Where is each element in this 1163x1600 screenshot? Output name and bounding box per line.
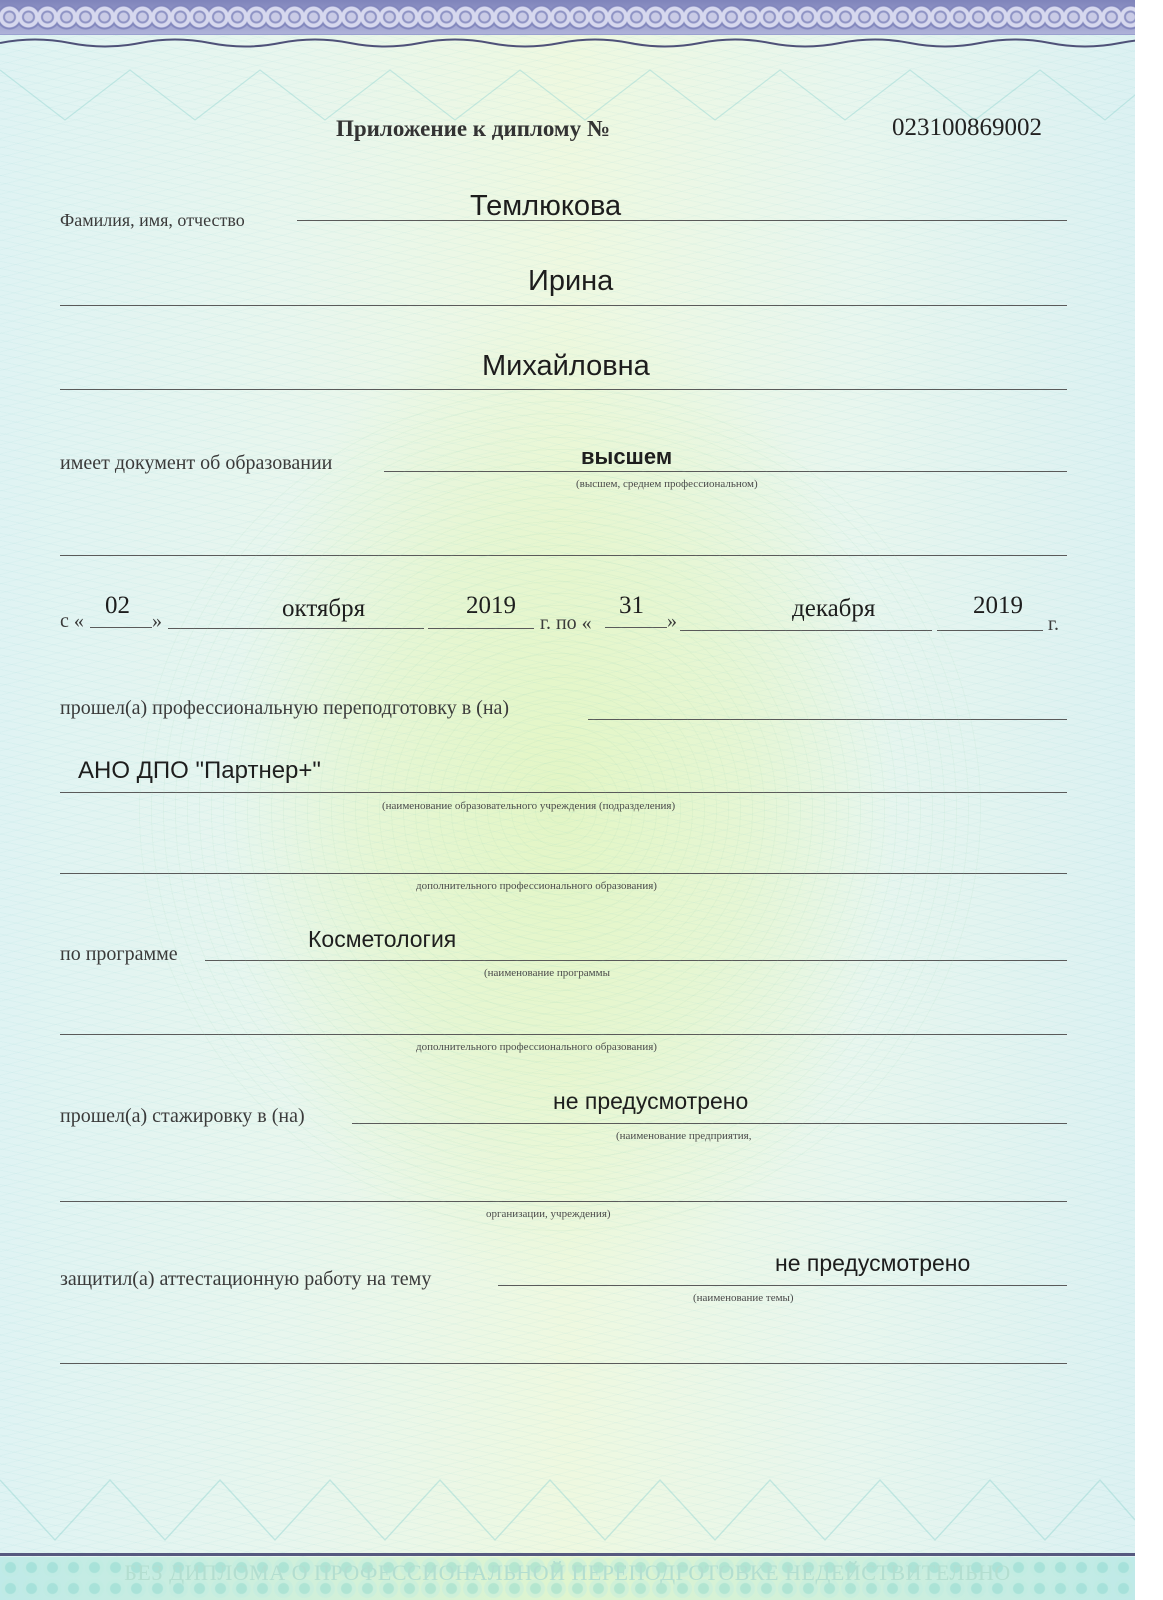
internship-hint: (наименование предприятия, <box>616 1130 751 1142</box>
top-ornamental-border <box>0 0 1135 35</box>
to-month-value: декабря <box>792 595 875 623</box>
retraining-label: прошел(а) профессиональную переподготовк… <box>60 697 509 720</box>
full-name-label: Фамилия, имя, отчество <box>60 210 245 231</box>
validity-notice: Без диплома о профессиональной переподго… <box>0 1560 1135 1586</box>
patronymic-underline <box>60 389 1067 390</box>
diploma-appendix-sheet: Приложение к диплому № 023100869002 Фами… <box>0 0 1135 1600</box>
to-day-close: » <box>667 610 677 633</box>
from-year-underline <box>428 628 534 629</box>
from-year-value: 2019 <box>466 592 516 620</box>
education-underline <box>384 471 1067 472</box>
institution-hint-2: дополнительного профессионального образо… <box>416 880 657 892</box>
surname-value: Темлюкова <box>470 190 621 223</box>
institution-extra-underline <box>60 873 1067 874</box>
patronymic-value: Михайловна <box>482 350 650 383</box>
thesis-hint: (наименование темы) <box>693 1292 794 1304</box>
retraining-underline <box>588 719 1067 720</box>
institution-hint: (наименование образовательного учреждени… <box>382 800 675 812</box>
internship-underline <box>352 1123 1067 1124</box>
from-month-underline <box>168 628 424 629</box>
thesis-underline <box>498 1285 1067 1286</box>
bottom-border-rule <box>0 1553 1135 1556</box>
internship-label: прошел(а) стажировку в (на) <box>60 1105 305 1128</box>
internship-extra-underline <box>60 1201 1067 1202</box>
thesis-value: не предусмотрено <box>775 1250 970 1277</box>
document-title: Приложение к диплому № <box>336 116 610 142</box>
year-suffix: г. <box>1048 613 1059 636</box>
program-value: Косметология <box>308 926 456 953</box>
from-day-close: » <box>152 610 162 633</box>
program-hint: (наименование программы <box>484 967 610 979</box>
thesis-extra-underline <box>60 1363 1067 1364</box>
internship-hint-2: организации, учреждения) <box>486 1208 611 1220</box>
program-hint-2: дополнительного профессионального образо… <box>416 1041 657 1053</box>
program-extra-underline <box>60 1034 1067 1035</box>
thesis-label: защитил(а) аттестационную работу на тему <box>60 1268 431 1291</box>
from-day-value: 02 <box>105 592 130 620</box>
institution-value: АНО ДПО "Партнер+" <box>78 757 321 785</box>
to-year-underline <box>937 630 1043 631</box>
education-hint: (высшем, среднем профессиональном) <box>576 478 758 490</box>
institution-underline <box>60 792 1067 793</box>
surname-underline <box>297 220 1067 221</box>
diploma-number: 023100869002 <box>892 114 1042 142</box>
from-month-value: октября <box>282 595 365 623</box>
internship-value: не предусмотрено <box>553 1088 748 1115</box>
first-name-value: Ирина <box>528 265 613 298</box>
to-year-value: 2019 <box>973 592 1023 620</box>
period-from-prefix: с « <box>60 610 84 633</box>
to-day-value: 31 <box>619 592 644 620</box>
to-day-underline <box>605 627 667 628</box>
program-underline <box>205 960 1067 961</box>
from-day-underline <box>90 627 152 628</box>
education-value: высшем <box>581 444 672 470</box>
education-label: имеет документ об образовании <box>60 452 332 475</box>
top-wave-line <box>0 36 1135 50</box>
period-to-prefix: г. по « <box>540 612 592 635</box>
first-name-underline <box>60 305 1067 306</box>
program-label: по программе <box>60 943 178 966</box>
bottom-guilloche-pattern <box>0 1475 1135 1545</box>
education-extra-underline <box>60 555 1067 556</box>
to-month-underline <box>680 630 932 631</box>
